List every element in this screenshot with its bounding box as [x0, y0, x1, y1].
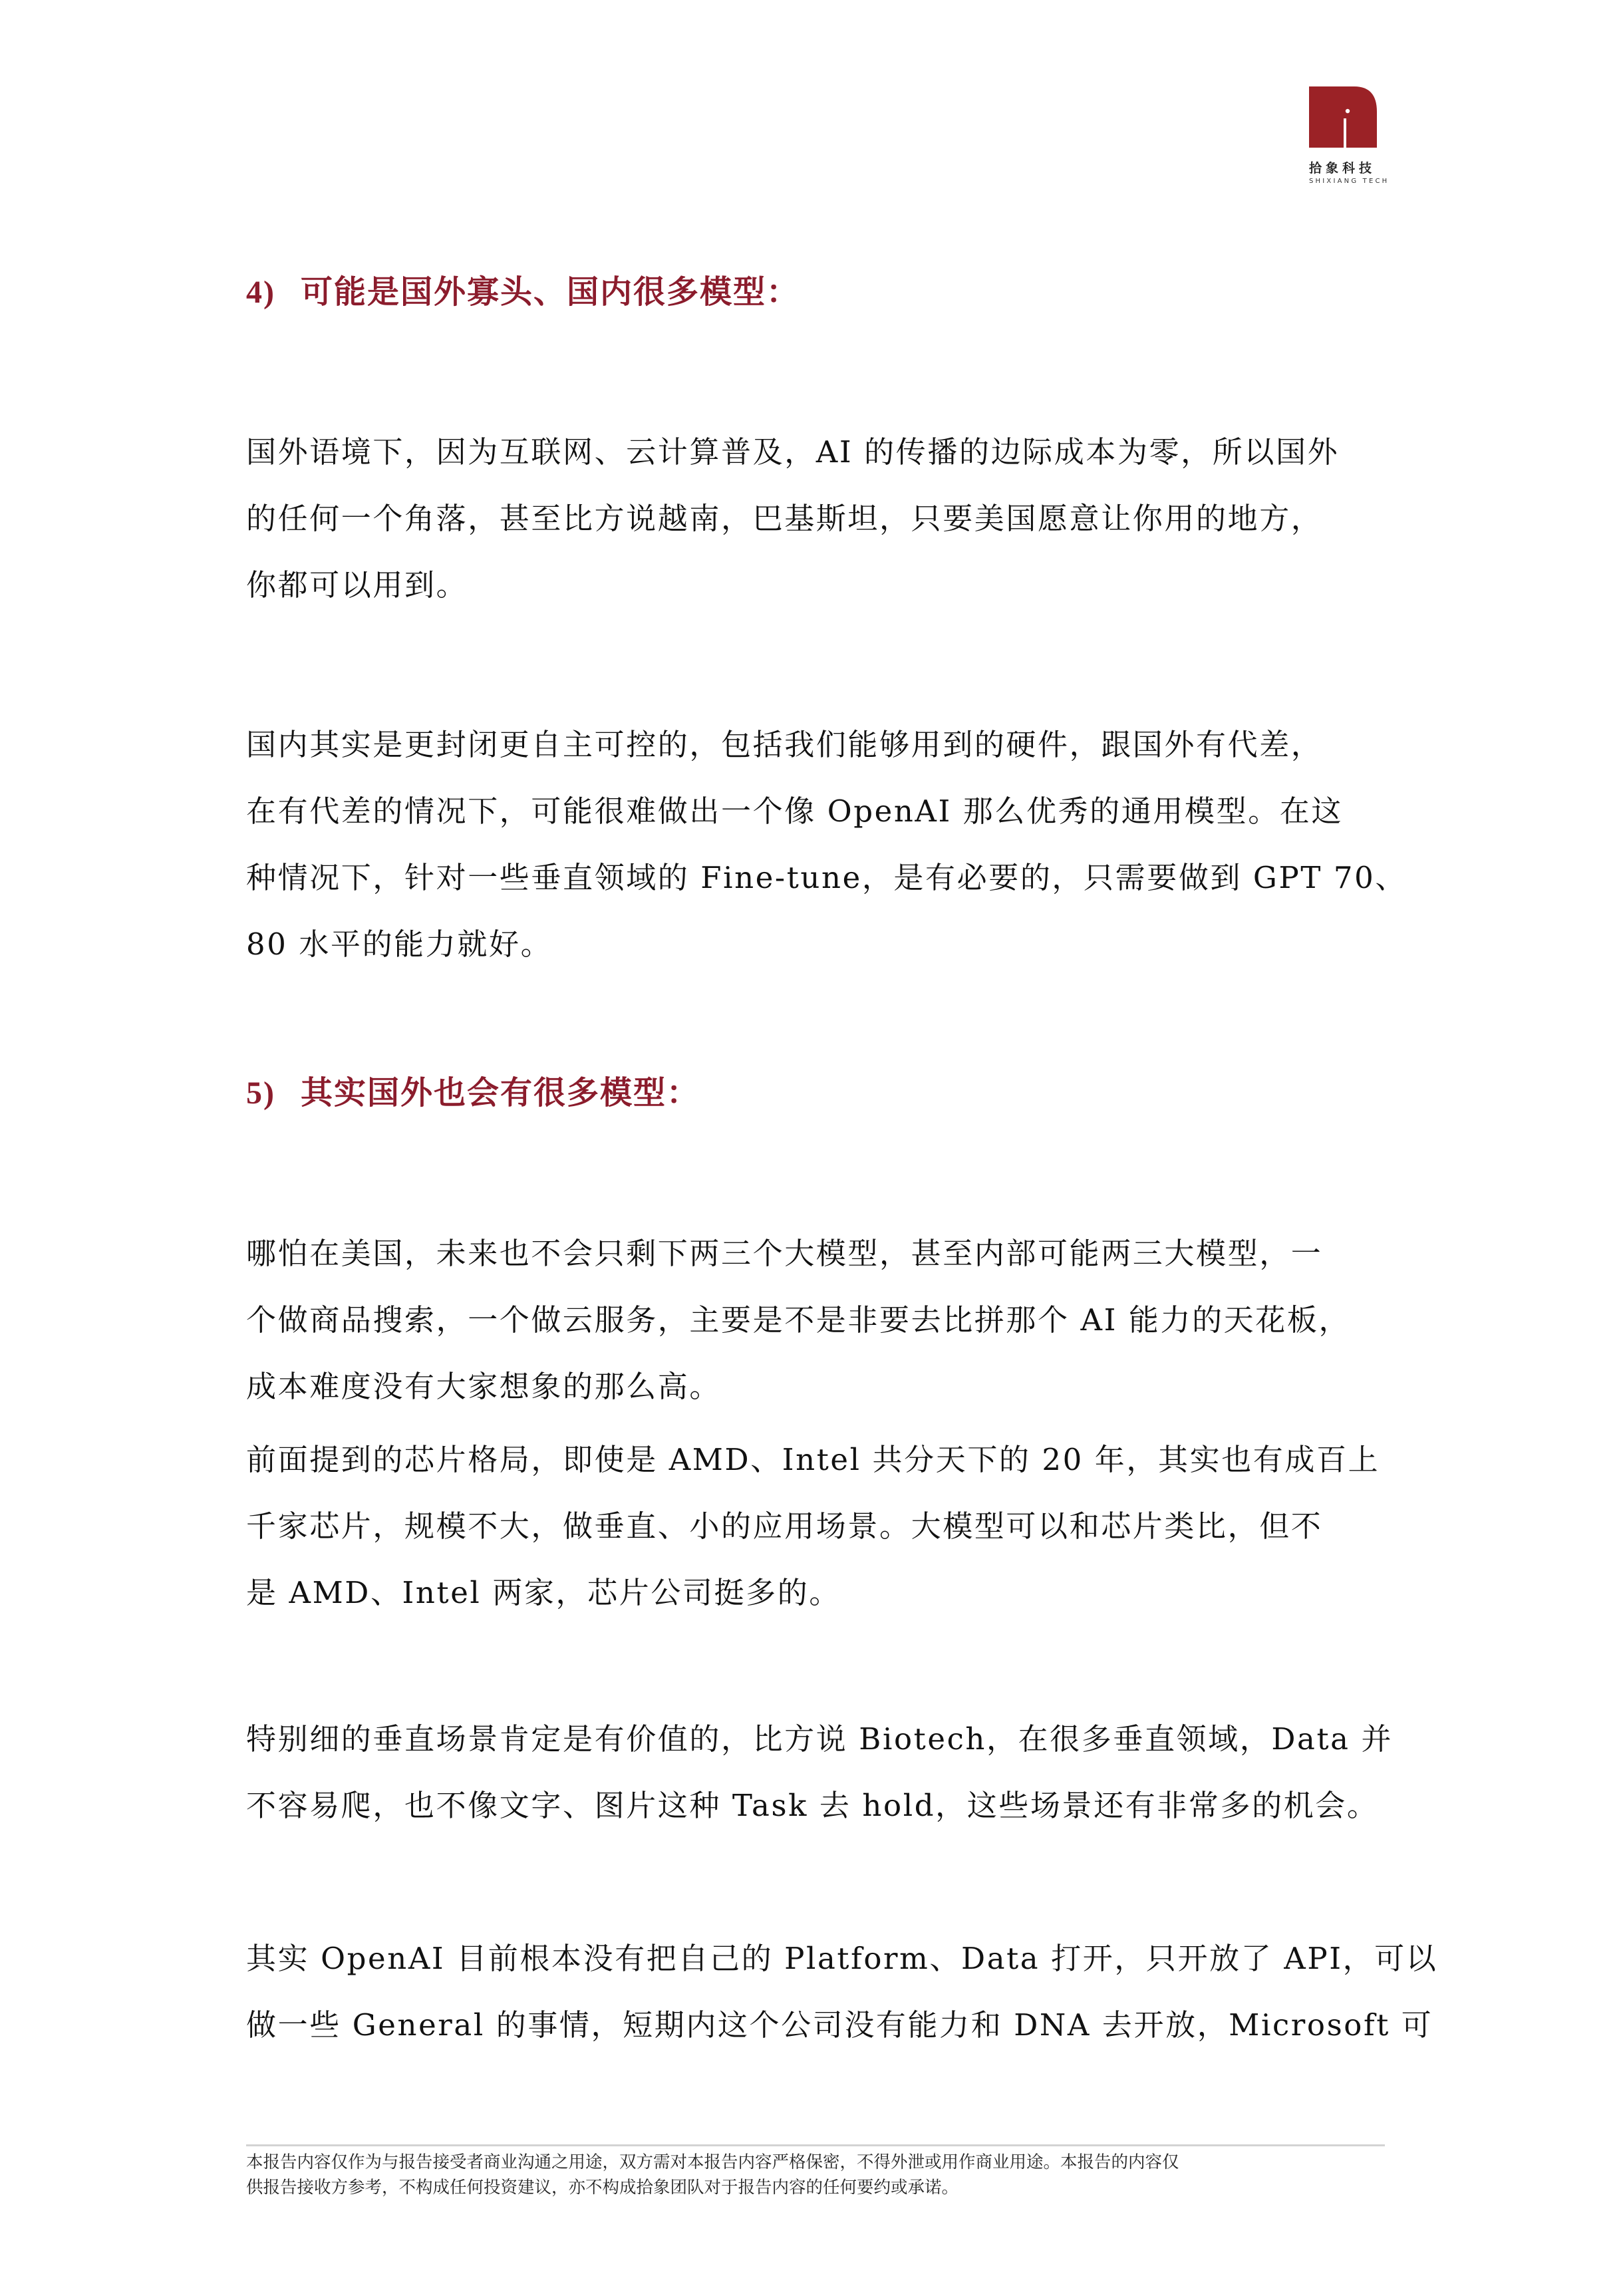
disclaimer-line: 供报告接收方参考，不构成任何投资建议，亦不构成拾象团队对于报告内容的任何要约或承…	[246, 2175, 1385, 2200]
text-line: 国内其实是更封闭更自主可控的，包括我们能够用到的硬件，跟国外有代差，	[246, 712, 1377, 778]
text-line: 哪怕在美国，未来也不会只剩下两三个大模型，甚至内部可能两三大模型，一	[246, 1220, 1377, 1287]
text-line: 不容易爬，也不像文字、图片这种 Task 去 hold，这些场景还有非常多的机会…	[246, 1773, 1377, 1839]
section-heading-4: 4)可能是国外寡头、国内很多模型：	[246, 266, 800, 312]
footer-divider	[246, 2144, 1385, 2146]
section-heading-5: 5)其实国外也会有很多模型：	[246, 1067, 700, 1113]
company-logo: 拾象科技 SHIXIANG TECH	[1306, 85, 1389, 185]
text-line: 80 水平的能力就好。	[246, 911, 1377, 978]
disclaimer-line: 本报告内容仅作为与报告接受者商业沟通之用途，双方需对本报告内容严格保密，不得外泄…	[246, 2150, 1385, 2175]
paragraph: 其实 OpenAI 目前根本没有把自己的 Platform、Data 打开，只开…	[246, 1926, 1377, 2059]
footer-disclaimer: 本报告内容仅作为与报告接受者商业沟通之用途，双方需对本报告内容严格保密，不得外泄…	[246, 2150, 1385, 2200]
section-title: 可能是国外寡头、国内很多模型：	[301, 273, 800, 311]
text-line: 做一些 General 的事情，短期内这个公司没有能力和 DNA 去开放，Mic…	[246, 1992, 1377, 2059]
text-line: 成本难度没有大家想象的那么高。	[246, 1354, 1377, 1420]
paragraph: 特别细的垂直场景肯定是有价值的，比方说 Biotech，在很多垂直领域，Data…	[246, 1706, 1377, 1839]
logo-name-cn: 拾象科技	[1309, 158, 1389, 176]
section-number: 4)	[246, 275, 275, 310]
section-number: 5)	[246, 1076, 275, 1111]
text-line: 种情况下，针对一些垂直领域的 Fine-tune，是有必要的，只需要做到 GPT…	[246, 845, 1377, 911]
logo-name-en: SHIXIANG TECH	[1309, 178, 1389, 185]
text-line: 的任何一个角落，甚至比方说越南，巴基斯坦，只要美国愿意让你用的地方，	[246, 486, 1377, 552]
text-line: 国外语境下，因为互联网、云计算普及，AI 的传播的边际成本为零，所以国外	[246, 419, 1377, 486]
text-line: 个做商品搜索，一个做云服务，主要是不是非要去比拼那个 AI 能力的天花板，	[246, 1287, 1377, 1354]
section-title: 其实国外也会有很多模型：	[301, 1074, 700, 1111]
text-line: 千家芯片，规模不大，做垂直、小的应用场景。大模型可以和芯片类比，但不	[246, 1493, 1377, 1560]
paragraph: 国内其实是更封闭更自主可控的，包括我们能够用到的硬件，跟国外有代差， 在有代差的…	[246, 712, 1377, 978]
paragraph: 国外语境下，因为互联网、云计算普及，AI 的传播的边际成本为零，所以国外 的任何…	[246, 419, 1377, 619]
text-line: 特别细的垂直场景肯定是有价值的，比方说 Biotech，在很多垂直领域，Data…	[246, 1706, 1377, 1773]
text-line: 是 AMD、Intel 两家，芯片公司挺多的。	[246, 1560, 1377, 1626]
paragraph: 哪怕在美国，未来也不会只剩下两三个大模型，甚至内部可能两三大模型，一 个做商品搜…	[246, 1220, 1377, 1420]
text-line: 前面提到的芯片格局，即使是 AMD、Intel 共分天下的 20 年，其实也有成…	[246, 1427, 1377, 1493]
text-line: 其实 OpenAI 目前根本没有把自己的 Platform、Data 打开，只开…	[246, 1926, 1377, 1992]
text-line: 在有代差的情况下，可能很难做出一个像 OpenAI 那么优秀的通用模型。在这	[246, 778, 1377, 845]
elephant-logo-icon	[1306, 85, 1380, 149]
text-line: 你都可以用到。	[246, 552, 1377, 619]
paragraph: 前面提到的芯片格局，即使是 AMD、Intel 共分天下的 20 年，其实也有成…	[246, 1427, 1377, 1626]
